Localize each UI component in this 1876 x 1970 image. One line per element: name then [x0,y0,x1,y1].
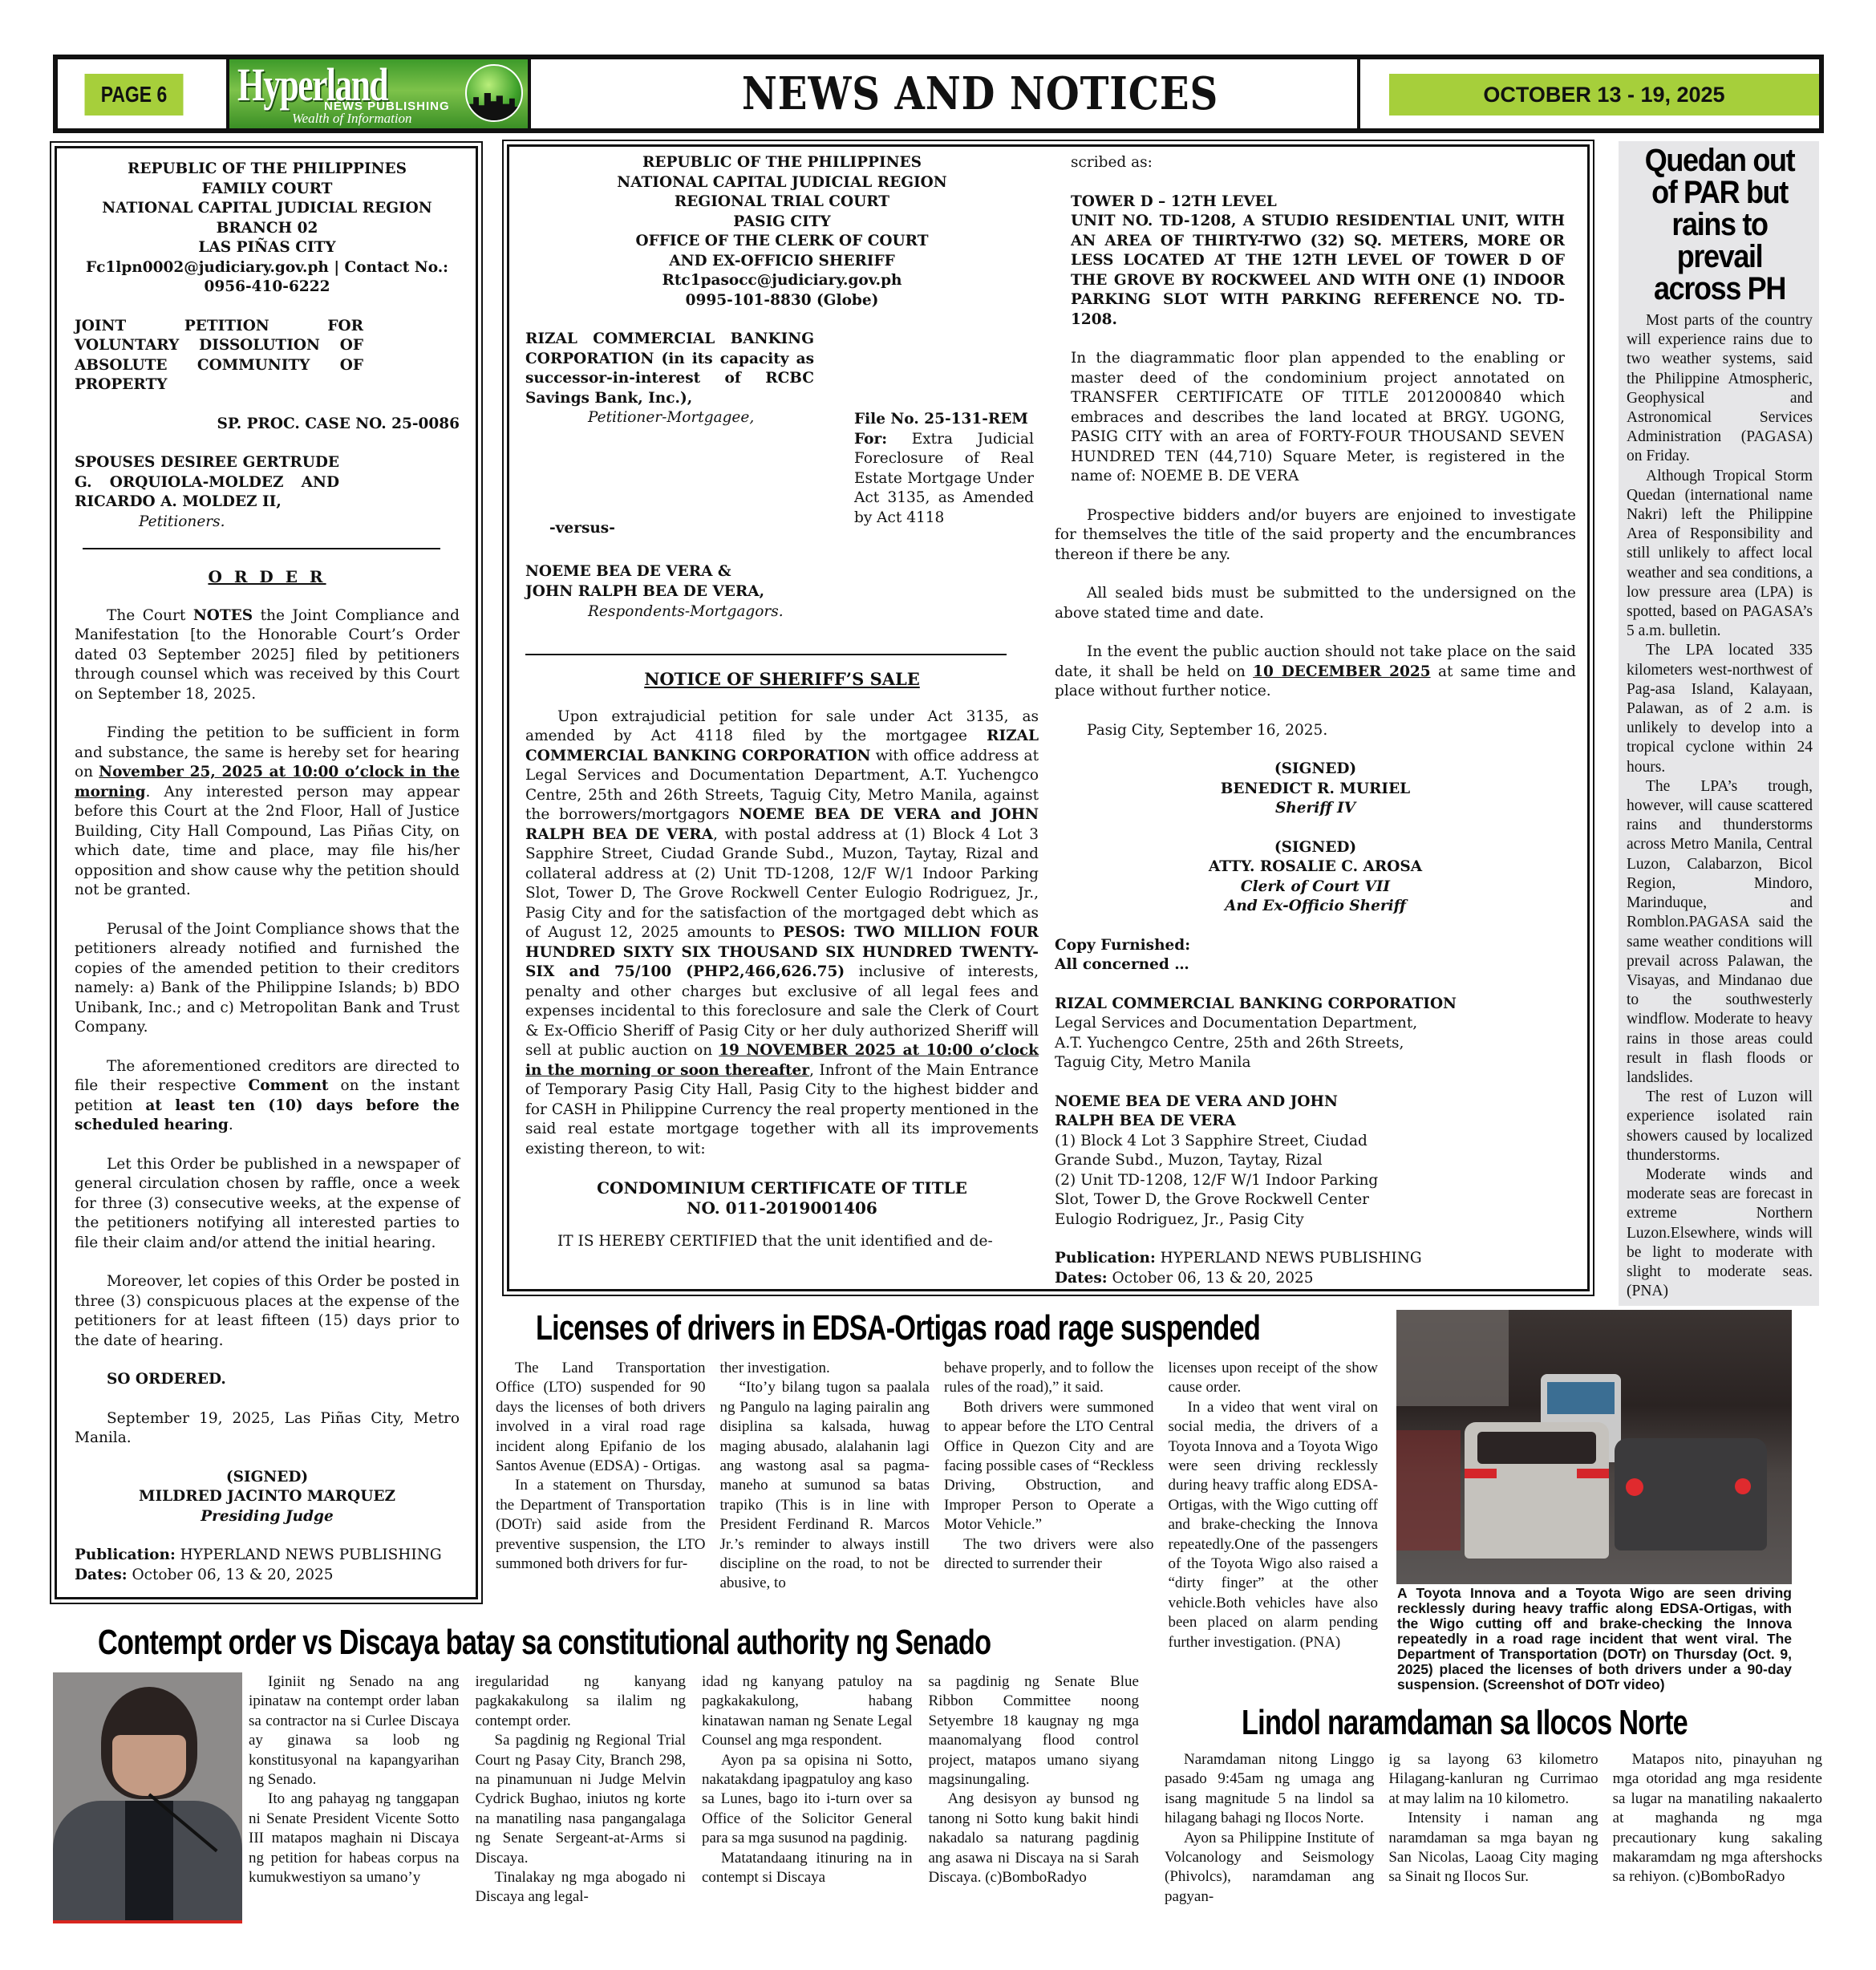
recipient-address-line: Eulogio Rodriguez, Jr., Pasig City [1055,1210,1576,1230]
recipient-name: RALPH BEA DE VERA [1055,1112,1576,1132]
clerk-title-2: And Ex-Officio Sheriff [1055,897,1576,917]
judge-signature-block: (SIGNED) MILDRED JACINTO MARQUEZ Presidi… [75,1468,460,1527]
globe-city-icon [465,64,523,122]
unit-description: UNIT NO. TD-1208, A STUDIO RESIDENTIAL U… [1071,212,1565,330]
judge-name: MILDRED JACINTO MARQUEZ [75,1487,460,1507]
sheriff-title: Sheriff IV [1055,799,1576,819]
article-paragraph: sa pagdinig ng Senate Blue Ribbon Commit… [929,1672,1140,1790]
recipient-address-line: Legal Services and Documentation Departm… [1055,1014,1576,1034]
weather-article: Quedan out of PAR but rains to prevail a… [1619,141,1819,1306]
article-paragraph: In a statement on Thursday, the Departme… [496,1476,706,1574]
floor-plan-text: In the diagrammatic floor plan appended … [1071,349,1565,487]
traffic-cars-shape [1396,1430,1461,1550]
issue-date-badge: OCTOBER 13 - 19, 2025 [1389,74,1819,116]
order-paragraph: The Court NOTES the Joint Compliance and… [75,606,460,705]
article-column: sa pagdinig ng Senate Blue Ribbon Commit… [929,1672,1140,1907]
signed-label: (SIGNED) [1055,760,1576,780]
contempt-headline: Contempt order vs Discaya batay sa const… [98,1625,991,1660]
article-paragraph: Ayon sa Philippine Institute of Volcanol… [1165,1829,1374,1907]
article-body: Most parts of the country will experienc… [1627,311,1813,1301]
court-header-line: FAMILY COURT [75,180,460,200]
recipient-address-line: A.T. Yuchengco Centre, 25th and 26th Str… [1055,1034,1576,1054]
article-column: ther investigation. “Ito’y bilang tugon … [720,1359,930,1652]
article-paragraph: Ito ang pahayag ng tanggapan ni Senate P… [249,1790,460,1887]
sheriff-notice-col-2: scribed as: TOWER D – 12TH LEVEL UNIT NO… [1055,153,1576,1288]
sealed-bids-notice: All sealed bids must be submitted to the… [1055,584,1576,623]
article-paragraph: The Land Transportation Office (LTO) sus… [496,1359,706,1476]
court-header-line: OFFICE OF THE CLERK OF COURT [525,232,1039,252]
recipient-address-line: (2) Unit TD-1208, 12/F W/1 Indoor Parkin… [1055,1171,1576,1191]
signed-label: (SIGNED) [75,1468,460,1488]
quake-article-body: Naramdaman nitong Linggo pasado 9:45am n… [1165,1750,1822,1907]
order-paragraph: Moreover, let copies of this Order be po… [75,1272,460,1351]
recipient-name: NOEME BEA DE VERA AND JOHN [1055,1092,1576,1113]
parties-role: Petitioners. [75,513,460,533]
article-paragraph: Intensity i naman ang naramdaman sa mga … [1388,1809,1598,1887]
publication-info: Publication: HYPERLAND NEWS PUBLISHING D… [75,1546,460,1585]
sheriff-signature: (SIGNED) BENEDICT R. MURIEL Sheriff IV [1055,760,1576,819]
road-rage-photo [1396,1310,1792,1584]
case-title: JOINT PETITION FOR VOLUNTARY DISSOLUTION… [75,317,363,395]
article-column: Matapos nito, pinayuhan ng mga otoridad … [1613,1750,1822,1907]
publication-info: Publication: HYPERLAND NEWS PUBLISHING D… [1055,1249,1576,1288]
court-header-line: REPUBLIC OF THE PHILIPPINES [75,160,460,180]
article-paragraph: iregularidad ng kanyang pagkakakulong sa… [476,1672,687,1731]
file-purpose: For: Extra Judicial Foreclosure of Real … [854,430,1034,529]
person-suit-shape [53,1801,242,1923]
order-heading: O R D E R [75,567,460,587]
article-column: The Land Transportation Office (LTO) sus… [496,1359,706,1652]
family-court-notice: REPUBLIC OF THE PHILIPPINES FAMILY COURT… [55,146,478,1599]
file-info: File No. 25-131-REM For: Extra Judicial … [854,410,1034,528]
order-dateline: September 19, 2025, Las Piñas City, Metr… [75,1409,460,1449]
case-number: SP. PROC. CASE NO. 25-0086 [75,415,460,435]
article-paragraph: behave properly, and to follow the rules… [944,1359,1154,1398]
section-title: NEWS AND NOTICES [601,59,1359,128]
tower-label: TOWER D – 12TH LEVEL [1071,193,1565,213]
cct-number: NO. 011-2019001406 [525,1198,1039,1218]
court-email-line: Rtc1pasocc@judiciary.gov.ph [525,271,1039,291]
article-paragraph: Most parts of the country will experienc… [1627,311,1813,467]
article-paragraph: Iginiit ng Senado na ang ipinataw na con… [249,1672,460,1790]
clerk-name: ATTY. ROSALIE C. AROSA [1055,857,1576,878]
judge-title: Presiding Judge [75,1507,460,1527]
article-paragraph: licenses upon receipt of the show cause … [1169,1359,1379,1398]
article-headline: Quedan out of PAR but rains to prevail a… [1636,144,1804,305]
recipient-name: RIZAL COMMERCIAL BANKING CORPORATION [1055,995,1576,1015]
certified-line: IT IS HEREBY CERTIFIED that the unit ide… [525,1232,1039,1252]
court-header-line: AND EX-OFFICIO SHERIFF [525,252,1039,272]
article-paragraph: Both drivers were summoned to appear bef… [944,1398,1154,1535]
alternate-auction-date: 10 DECEMBER 2025 [1253,663,1431,680]
article-paragraph: ig sa layong 63 kilometro Hilagang-kanlu… [1388,1750,1598,1809]
page-number-badge: PAGE 6 [85,74,184,116]
article-paragraph: Sa pagdinig ng Regional Trial Court ng P… [476,1731,687,1868]
signed-label: (SIGNED) [1055,838,1576,858]
sheriff-sale-notice: REPUBLIC OF THE PHILIPPINES NATIONAL CAP… [507,144,1590,1291]
sheriff-notice-col-1: REPUBLIC OF THE PHILIPPINES NATIONAL CAP… [525,153,1039,1252]
article-paragraph: The LPA located 335 kilometers west-nort… [1627,641,1813,776]
article-paragraph: Tinalakay ng mga abogado ni Discaya ang … [476,1868,687,1907]
order-paragraph: The aforementioned creditors are directe… [75,1057,460,1136]
article-paragraph: Naramdaman nitong Linggo pasado 9:45am n… [1165,1750,1374,1829]
article-paragraph: idad ng kanyang patuloy na pagkakakulong… [702,1672,913,1751]
recipient-address-line: (1) Block 4 Lot 3 Sapphire Street, Ciuda… [1055,1132,1576,1152]
respondents: NOEME BEA DE VERA & JOHN RALPH BEA DE VE… [525,562,766,602]
logo-tagline: Wealth of Information [292,111,412,127]
sheriff-dateline: Pasig City, September 16, 2025. [1055,721,1576,741]
article-paragraph: Moderate winds and moderate seas are for… [1627,1165,1813,1301]
certified-continued: scribed as: [1055,153,1576,173]
lto-article-body: The Land Transportation Office (LTO) sus… [496,1359,1378,1652]
recipient-address-line: Grande Subd., Muzon, Taytay, Rizal [1055,1151,1576,1171]
clerk-signature: (SIGNED) ATTY. ROSALIE C. AROSA Clerk of… [1055,838,1576,917]
order-paragraph: Let this Order be published in a newspap… [75,1155,460,1254]
court-header-line: PASIG CITY [525,213,1039,233]
article-paragraph: The two drivers were also directed to su… [944,1535,1154,1575]
innova-car-shape [1465,1422,1609,1559]
article-paragraph: The LPA’s trough, however, will cause sc… [1627,777,1813,1088]
court-header-line: REPUBLIC OF THE PHILIPPINES [525,153,1039,173]
respondents-role: Respondents-Mortgagors. [588,602,784,622]
court-header-line: NATIONAL CAPITAL JUDICIAL REGION [525,173,1039,193]
court-contact-line: Fc1lpn0002@judiciary.gov.ph | Contact No… [75,258,460,278]
person-head-shape [101,1687,197,1799]
wigo-car-shape [1615,1438,1767,1550]
parties: SPOUSES DESIREE GERTRUDE G. ORQUIOLA-MOL… [75,453,339,513]
article-paragraph: Ayon pa sa opisina ni Sotto, nakatakdang… [702,1751,913,1849]
article-paragraph: Ang desisyon ay bunsod ng tanong ni Sott… [929,1790,1140,1887]
court-header-line: LAS PIÑAS CITY [75,238,460,258]
masthead-bar: PAGE 6 Hyperland NEWS PUBLISHING Wealth … [53,55,1824,133]
order-paragraph: Finding the petition to be sufficient in… [75,724,460,901]
lto-headline: Licenses of drivers in EDSA-Ortigas road… [536,1311,1260,1346]
court-phone-line: 0995-101-8830 (Globe) [525,291,1039,311]
recipient-address-line: Taguig City, Metro Manila [1055,1053,1576,1073]
hyperland-logo: Hyperland NEWS PUBLISHING Wealth of Info… [226,59,531,128]
cct-title: CONDOMINIUM CERTIFICATE OF TITLE [525,1178,1039,1198]
petitioner: RIZAL COMMERCIAL BANKING CORPORATION (in… [525,330,814,408]
article-column: Naramdaman nitong Linggo pasado 9:45am n… [1165,1750,1374,1907]
article-column: ig sa layong 63 kilometro Hilagang-kanlu… [1388,1750,1598,1907]
court-header-line: BRANCH 02 [75,219,460,239]
quake-headline: Lindol naramdaman sa Ilocos Norte [1242,1705,1688,1741]
photo-caption: A Toyota Innova and a Toyota Wigo are se… [1397,1586,1792,1692]
article-paragraph: In a video that went viral on social med… [1169,1398,1379,1652]
order-paragraph: Perusal of the Joint Compliance shows th… [75,920,460,1038]
article-column: idad ng kanyang patuloy na pagkakakulong… [702,1672,913,1907]
article-paragraph: Matapos nito, pinayuhan ng mga otoridad … [1613,1750,1822,1887]
sheriff-name: BENEDICT R. MURIEL [1055,780,1576,800]
copy-recipient-mortgagors: NOEME BEA DE VERA AND JOHN RALPH BEA DE … [1055,1092,1576,1230]
article-column: iregularidad ng kanyang pagkakakulong sa… [476,1672,687,1907]
court-header: REPUBLIC OF THE PHILIPPINES NATIONAL CAP… [525,153,1039,310]
court-header-line: NATIONAL CAPITAL JUDICIAL REGION [75,199,460,219]
cct-heading: CONDOMINIUM CERTIFICATE OF TITLE NO. 011… [525,1178,1039,1218]
bidders-notice: Prospective bidders and/or buyers are en… [1055,506,1576,565]
article-paragraph: Matatandaang itinuring na in contempt si… [702,1849,913,1888]
recipient-address-line: Slot, Tower D, the Grove Rockwell Center [1055,1190,1576,1210]
article-column: Iginiit ng Senado na ang ipinataw na con… [249,1672,460,1907]
contempt-article-body: Iginiit ng Senado na ang ipinataw na con… [249,1672,1139,1907]
file-number: File No. 25-131-REM [854,410,1034,430]
article-column: behave properly, and to follow the rules… [944,1359,1154,1652]
overpass-shape [1396,1310,1509,1406]
all-concerned-label: All concerned … [1055,955,1576,975]
court-header: REPUBLIC OF THE PHILIPPINES FAMILY COURT… [75,160,460,298]
copy-recipient-bank: RIZAL COMMERCIAL BANKING CORPORATION Leg… [1055,995,1576,1073]
so-ordered: SO ORDERED. [75,1370,460,1390]
court-header-line: REGIONAL TRIAL COURT [525,193,1039,213]
copy-furnished-label: Copy Furnished: [1055,936,1576,956]
article-paragraph: The rest of Luzon will experience isolat… [1627,1088,1813,1165]
clerk-title: Clerk of Court VII [1055,878,1576,898]
article-paragraph: ther investigation. [720,1359,930,1378]
sale-body: Upon extrajudicial petition for sale und… [525,707,1039,1160]
court-phone-line: 0956-410-6222 [75,278,460,298]
versus-label: -versus- [549,519,615,539]
article-column: licenses upon receipt of the show cause … [1169,1359,1379,1652]
article-paragraph: “Ito’y bilang tugon sa paalala ng Pangul… [720,1378,930,1593]
discaya-photo [53,1672,242,1923]
alternate-date-notice: In the event the public auction should n… [1055,642,1576,702]
notice-title: NOTICE OF SHERIFF’S SALE [525,670,1039,690]
article-paragraph: Although Tropical Storm Quedan (internat… [1627,467,1813,642]
